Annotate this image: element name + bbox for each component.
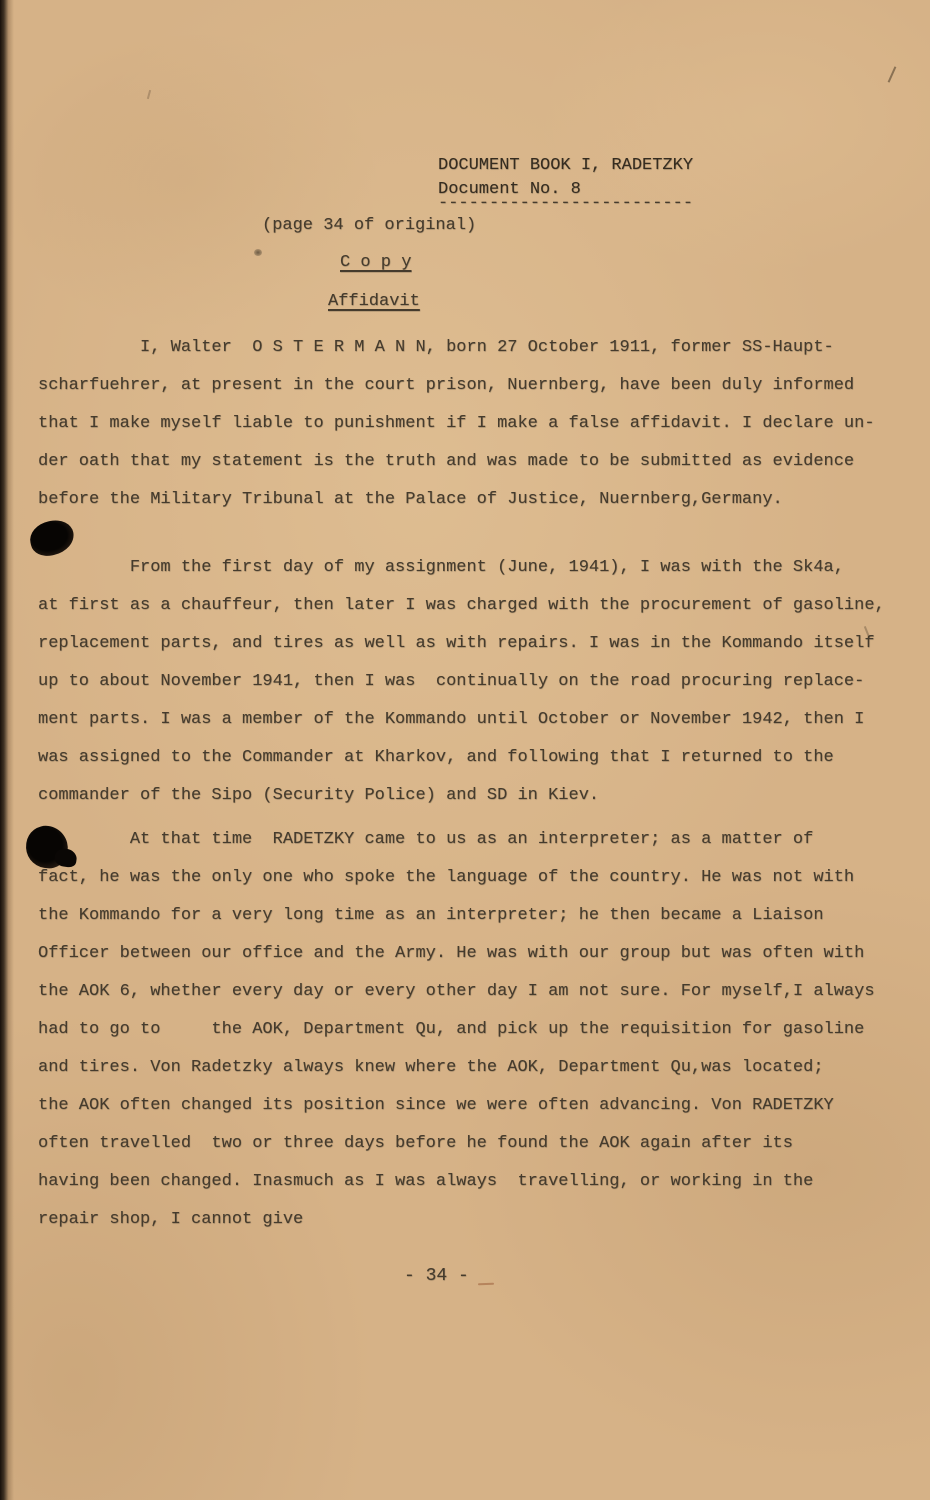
affidavit-text-line: ment parts. I was a member of the Komman… — [38, 701, 885, 739]
affidavit-text-line: having been changed. Inasmuch as I was a… — [38, 1163, 875, 1201]
affidavit-text-line: replacement parts, and tires as well as … — [38, 625, 885, 663]
paper-mark — [888, 66, 897, 82]
affidavit-text-line: I, Walter O S T E R M A N N, born 27 Oct… — [38, 329, 875, 367]
page-number: - 34 - — [404, 1266, 469, 1286]
affidavit-text-line: often travelled two or three days before… — [38, 1125, 875, 1163]
document-page: DOCUMENT BOOK I, RADETZKY Document No. 8… — [0, 0, 930, 1500]
affidavit-text-line: up to about November 1941, then I was co… — [38, 663, 885, 701]
page-reference: (page 34 of original) — [262, 216, 476, 236]
paper-mark — [147, 90, 151, 99]
affidavit-text-line: the AOK 6, whether every day or every ot… — [38, 973, 875, 1011]
affidavit-paragraph-2: From the first day of my assignment (Jun… — [38, 549, 885, 815]
affidavit-text-line: had to go to the AOK, Department Qu, and… — [38, 1011, 875, 1049]
affidavit-text-line: der oath that my statement is the truth … — [38, 443, 875, 481]
affidavit-text-line: fact, he was the only one who spoke the … — [38, 859, 875, 897]
affidavit-text-line: that I make myself liable to punishment … — [38, 405, 875, 443]
affidavit-text-line: At that time RADETZKY came to us as an i… — [38, 821, 875, 859]
affidavit-text-line: repair shop, I cannot give — [38, 1201, 875, 1239]
affidavit-paragraph-1: I, Walter O S T E R M A N N, born 27 Oct… — [38, 329, 875, 519]
affidavit-paragraph-3: At that time RADETZKY came to us as an i… — [38, 821, 875, 1239]
affidavit-text-line: and tires. Von Radetzky always knew wher… — [38, 1049, 875, 1087]
dashed-rule: ------------------------- — [438, 194, 693, 214]
paper-speck — [254, 249, 262, 256]
affidavit-text-line: was assigned to the Commander at Kharkov… — [38, 739, 885, 777]
affidavit-text-line: scharfuehrer, at present in the court pr… — [38, 367, 875, 405]
affidavit-text-line: before the Military Tribunal at the Pala… — [38, 481, 875, 519]
copy-heading: C o p y — [340, 253, 411, 273]
pencil-dash-mark — [478, 1283, 494, 1286]
affidavit-text-line: the AOK often changed its position since… — [38, 1087, 875, 1125]
scan-edge-shadow — [0, 0, 14, 1500]
document-book-title: DOCUMENT BOOK I, RADETZKY — [438, 156, 693, 176]
affidavit-text-line: From the first day of my assignment (Jun… — [38, 549, 885, 587]
affidavit-text-line: the Kommando for a very long time as an … — [38, 897, 875, 935]
affidavit-heading: Affidavit — [328, 292, 420, 312]
affidavit-text-line: commander of the Sipo (Security Police) … — [38, 777, 885, 815]
affidavit-text-line: Officer between our office and the Army.… — [38, 935, 875, 973]
affidavit-text-line: at first as a chauffeur, then later I wa… — [38, 587, 885, 625]
